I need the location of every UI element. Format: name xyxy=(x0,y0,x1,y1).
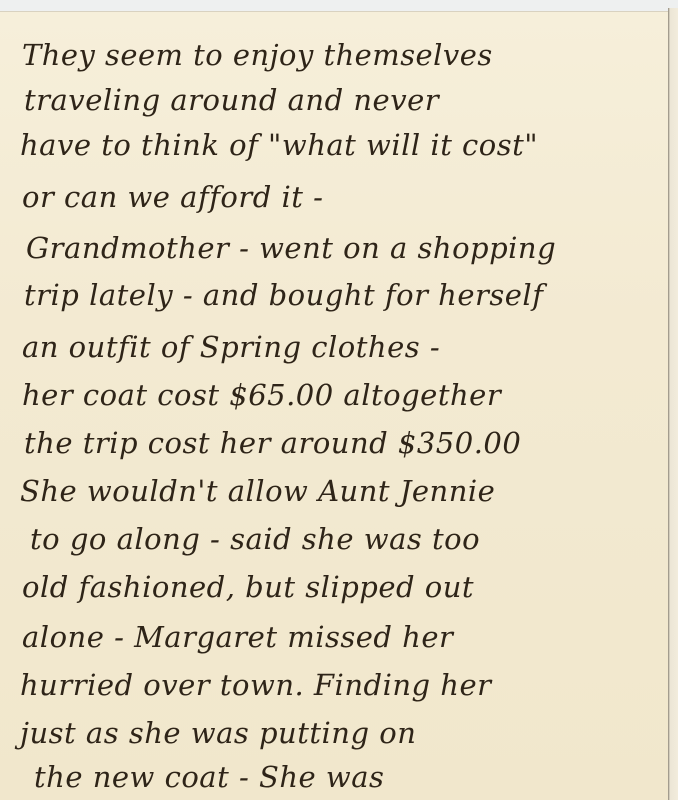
handwritten-line: an outfit of Spring clothes - xyxy=(22,330,440,364)
handwritten-line: hurried over town. Finding her xyxy=(20,668,492,702)
handwritten-line: or can we afford it - xyxy=(22,180,323,214)
handwritten-line: to go along - said she was too xyxy=(30,522,480,556)
handwritten-line: old fashioned, but slipped out xyxy=(22,570,474,604)
handwritten-line: just as she was putting on xyxy=(20,716,416,750)
handwritten-line: alone - Margaret missed her xyxy=(22,620,453,654)
handwritten-line: her coat cost $65.00 altogether xyxy=(22,378,501,412)
handwritten-line: Grandmother - went on a shopping xyxy=(26,231,556,265)
handwritten-line: the trip cost her around $350.00 xyxy=(24,426,521,460)
handwritten-line: She wouldn't allow Aunt Jennie xyxy=(20,474,495,508)
handwritten-line: They seem to enjoy themselves xyxy=(22,38,640,72)
handwritten-line: trip lately - and bought for herself xyxy=(24,278,543,312)
page-edge xyxy=(668,8,678,800)
handwritten-line: the new coat - She was xyxy=(34,760,384,794)
handwritten-line: have to think of "what will it cost" xyxy=(20,128,538,162)
handwritten-line: traveling around and never xyxy=(24,83,439,117)
